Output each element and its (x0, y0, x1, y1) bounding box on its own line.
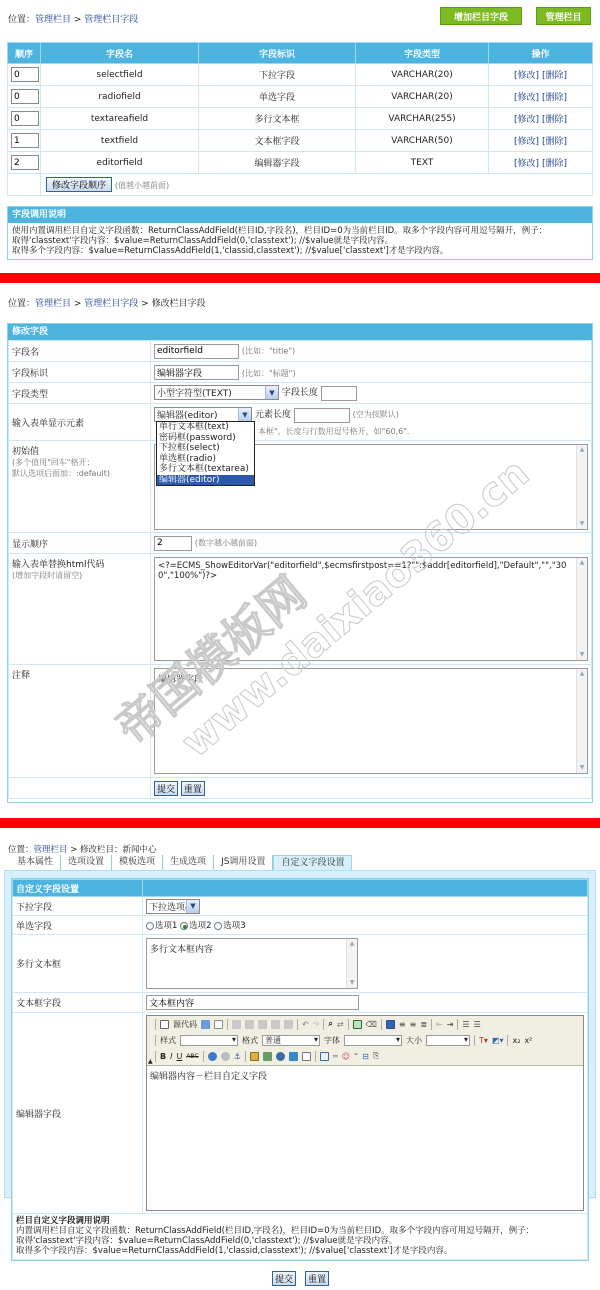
submit-button[interactable]: 提交 (154, 781, 178, 796)
scroll-up-icon[interactable]: ▲ (577, 558, 587, 568)
field-type-label: 字段类型 (9, 383, 151, 404)
horizontal-rule-icon[interactable]: ═ (333, 1052, 338, 1061)
field-name-label: 字段名 (9, 341, 151, 362)
scroll-down-icon[interactable]: ▼ (347, 978, 357, 988)
field-name: radiofield (41, 86, 199, 108)
default-sub2: 默认选项后面加：:default) (12, 468, 147, 479)
scroll-up-icon[interactable]: ▲ (347, 939, 357, 949)
breadcrumb-prefix: 位置： (8, 299, 35, 309)
breadcrumb-link-manage-class[interactable]: 管理栏目 (34, 845, 68, 855)
col-type: 字段类型 (356, 43, 489, 64)
breadcrumb-sep: > (71, 15, 84, 25)
field-label: 编辑器字段 (199, 152, 356, 174)
replace-icon[interactable]: ⇄ (337, 1020, 344, 1029)
radio-option-2[interactable] (180, 922, 188, 930)
collapse-toolbar-icon[interactable]: ▲ (148, 1058, 153, 1065)
dropdown-option[interactable]: 单选框(radio) (157, 454, 254, 465)
edit-link[interactable]: [修改] (514, 159, 539, 169)
radio-option-1[interactable] (146, 922, 154, 930)
outdent-icon[interactable]: ⇤ (436, 1020, 443, 1029)
table-icon[interactable] (320, 1052, 329, 1061)
breadcrumb-current: 修改栏目字段 (152, 299, 206, 309)
delete-link[interactable]: [删除] (542, 71, 567, 81)
style-label: 样式 (160, 1035, 176, 1046)
breadcrumb-current: > 修改栏目：新闻中心 (68, 845, 157, 855)
text-field-label: 文本框字段 (13, 993, 143, 1013)
custom-usage-title: 栏目自定义字段调用说明 (16, 1216, 584, 1226)
cut-icon[interactable] (232, 1020, 241, 1029)
usage-panel: 字段调用说明 使用内置调用栏目自定义字段函数：ReturnClassAddFie… (7, 206, 593, 260)
size-label: 大小 (406, 1035, 422, 1046)
chevron-down-icon: ▼ (186, 900, 199, 913)
find-icon[interactable]: ⌕ (328, 1019, 332, 1029)
underline-icon[interactable]: U (176, 1052, 182, 1061)
element-length-hint: (空为按默认) (353, 410, 399, 419)
scrollbar[interactable]: ▲▼ (576, 558, 587, 660)
bg-color-icon[interactable]: ◩▾ (492, 1036, 504, 1045)
add-field-button[interactable]: 增加栏目字段 (440, 7, 522, 25)
font-select[interactable] (344, 1035, 402, 1046)
col-actions: 操作 (489, 43, 593, 64)
usage-line: 内置调用栏目自定义字段函数：ReturnClassAddField(栏目ID,字… (16, 1226, 584, 1236)
save-icon[interactable] (201, 1020, 210, 1029)
default-label: 初始值 (12, 444, 147, 457)
field-label: 单选字段 (199, 86, 356, 108)
link-icon[interactable] (208, 1052, 217, 1061)
field-type: VARCHAR(20) (356, 86, 489, 108)
scroll-up-icon[interactable]: ▲ (577, 669, 587, 679)
field-label: 下拉字段 (199, 64, 356, 86)
field-type: VARCHAR(255) (356, 108, 489, 130)
element-select[interactable]: 编辑器(editor)▼ (154, 407, 252, 422)
scroll-down-icon[interactable]: ▼ (577, 519, 587, 529)
select-field[interactable]: 下拉选项4▼ (146, 899, 200, 914)
select-field-label: 下拉字段 (13, 897, 143, 916)
page-icon[interactable] (302, 1052, 311, 1061)
element-length-input[interactable] (294, 408, 350, 423)
custom-fields-form: 自定义字段设置 下拉字段 下拉选项4▼ 单选字段 选项1 选项2 选项3 多行文… (11, 878, 589, 1261)
preview-icon[interactable] (214, 1020, 223, 1029)
manage-class-button[interactable]: 管理栏目 (536, 7, 591, 25)
element-dropdown-list[interactable]: 单行文本框(text) 密码框(password) 下拉框(select) 单选… (156, 421, 255, 486)
delete-link[interactable]: [删除] (542, 115, 567, 125)
editor-content[interactable]: 编辑器内容－栏目自定义字段 (147, 1066, 583, 1085)
remove-format-icon[interactable]: ⌫ (366, 1020, 377, 1029)
order-input[interactable] (11, 67, 39, 82)
edit-link[interactable]: [修改] (514, 93, 539, 103)
textarea-field-label: 多行文本框 (13, 935, 143, 993)
tab-basic[interactable]: 基本属性 (10, 855, 61, 870)
file-icon[interactable] (289, 1052, 298, 1061)
edit-link[interactable]: [修改] (514, 137, 539, 147)
usage-line: 使用内置调用栏目自定义字段函数：ReturnClassAddField(栏目ID… (12, 226, 588, 236)
subscript-icon[interactable]: x₂ (512, 1036, 520, 1045)
dropdown-option[interactable]: 下拉框(select) (157, 443, 254, 454)
textarea-field-value: 多行文本框内容 (150, 945, 213, 955)
bottom-actions: 提交 重置 (272, 1271, 329, 1286)
dropdown-option[interactable]: 单行文本框(text) (157, 422, 254, 433)
radio-option-label: 选项3 (223, 921, 245, 931)
reorder-hint: (值越小越前面) (115, 181, 169, 190)
tab-options[interactable]: 选项设置 (61, 855, 112, 870)
superscript-icon[interactable]: x² (524, 1036, 532, 1045)
html-code-textarea[interactable]: <?=ECMS_ShowEditorVar("editorfield",$ecm… (154, 557, 588, 661)
paste-text-icon[interactable] (271, 1020, 280, 1029)
edit-link[interactable]: [修改] (514, 115, 539, 125)
select-all-icon[interactable] (353, 1020, 362, 1029)
paste-icon[interactable] (258, 1020, 267, 1029)
order-input[interactable] (11, 89, 39, 104)
element-select-value: 编辑器(editor) (157, 408, 218, 421)
table-row: textareafield多行文本框VARCHAR(255)[修改] [删除] (8, 108, 593, 130)
submit-button[interactable]: 提交 (272, 1271, 296, 1286)
italic-icon[interactable]: I (170, 1052, 172, 1061)
editor-field-label: 编辑器字段 (13, 1013, 143, 1214)
note-value: 编辑器字段 (158, 675, 203, 685)
copy-icon[interactable] (245, 1020, 254, 1029)
tab-generate[interactable]: 生成选项 (163, 855, 214, 870)
divider (0, 273, 600, 283)
scrollbar[interactable]: ▲▼ (346, 939, 357, 988)
edit-link[interactable]: [修改] (514, 71, 539, 81)
usage-line: 取得多个字段内容：$value=ReturnClassAddField(1,'c… (12, 246, 588, 256)
breadcrumb-prefix: 位置： (8, 15, 35, 25)
breadcrumb-sep: > (71, 299, 84, 309)
form-title: 修改字段 (8, 324, 592, 340)
scrollbar[interactable]: ▲▼ (576, 669, 587, 773)
page-break-icon[interactable]: ⊟ (362, 1052, 369, 1061)
breadcrumb-link-manage-class[interactable]: 管理栏目 (35, 299, 71, 309)
usage-line: 取得'classtext'字段内容：$value=ReturnClassAddF… (12, 236, 588, 246)
breadcrumb: 位置：管理栏目 > 管理栏目字段 (8, 12, 138, 25)
field-length-input[interactable] (321, 386, 357, 401)
scrollbar[interactable]: ▲▼ (576, 445, 587, 529)
element-label: 输入表单显示元素 (9, 404, 151, 441)
tab-custom-fields[interactable]: 自定义字段设置 (273, 855, 352, 870)
rich-text-editor[interactable]: 源代码 ↶ ↷ (146, 1015, 584, 1211)
radio-field-label: 单选字段 (13, 916, 143, 935)
justify-icon[interactable]: ≣ (420, 1020, 427, 1029)
style-select[interactable] (180, 1035, 238, 1046)
textarea-field[interactable]: 多行文本框内容 ▲▼ (146, 938, 358, 989)
scroll-down-icon[interactable]: ▼ (577, 763, 587, 773)
col-order: 顺序 (8, 43, 41, 64)
col-name: 字段名 (41, 43, 199, 64)
format-label: 格式 (242, 1035, 258, 1046)
order-input[interactable] (11, 111, 39, 126)
divider (0, 818, 600, 828)
scroll-up-icon[interactable]: ▲ (577, 445, 587, 455)
field-type: VARCHAR(50) (356, 130, 489, 152)
field-name-input[interactable] (154, 344, 239, 359)
dropdown-option[interactable]: 多行文本框(textarea) (157, 464, 254, 475)
radio-option-label: 选项2 (189, 921, 211, 931)
text-field-input[interactable] (146, 995, 359, 1010)
source-icon[interactable] (160, 1020, 169, 1029)
text-color-icon[interactable]: T▾ (479, 1036, 488, 1045)
table-row: selectfield下拉字段VARCHAR(20)[修改] [删除] (8, 64, 593, 86)
delete-link[interactable]: [删除] (542, 137, 567, 147)
element-length-label: 元素长度 (255, 410, 291, 420)
paste-word-icon[interactable] (284, 1020, 293, 1029)
ordered-list-icon[interactable]: ☰ (462, 1020, 469, 1029)
field-type-select[interactable]: 小型字符型(TEXT)▼ (154, 385, 279, 400)
order-hint: (数字越小越前面) (195, 538, 257, 547)
edit-field-form: 修改字段 字段名 (比如："title") 字段标识 (比如："标题") 字段类… (7, 323, 593, 803)
breadcrumb-2: 位置：管理栏目 > 管理栏目字段 > 修改栏目字段 (8, 296, 206, 309)
field-label: 文本框字段 (199, 130, 356, 152)
image-icon[interactable] (250, 1052, 259, 1061)
quote-icon[interactable]: “ (354, 1052, 358, 1061)
strikethrough-icon[interactable]: ABC (186, 1053, 198, 1060)
html-sub: (增加字段时请留空) (12, 570, 147, 581)
breadcrumb-3: 位置：管理栏目 > 修改栏目：新闻中心 (8, 843, 157, 855)
radio-option-label: 选项1 (155, 921, 177, 931)
chevron-down-icon: ▼ (238, 408, 251, 421)
radio-option-3[interactable] (214, 922, 222, 930)
usage-line: 取得'classtext'字段内容：$value=ReturnClassAddF… (16, 1236, 584, 1246)
field-name: textfield (41, 130, 199, 152)
breadcrumb-link-manage-fields[interactable]: 管理栏目字段 (84, 15, 138, 25)
media-icon[interactable] (276, 1052, 285, 1061)
dropdown-option-selected[interactable]: 编辑器(editor) (157, 475, 254, 486)
field-length-label: 字段长度 (282, 388, 318, 398)
note-textarea[interactable]: 编辑器字段 ▲▼ (154, 668, 588, 774)
html-label: 输入表单替换html代码 (12, 557, 147, 570)
field-list-table: 顺序 字段名 字段标识 字段类型 操作 selectfield下拉字段VARCH… (7, 42, 593, 196)
reorder-button[interactable]: 修改字段顺序 (46, 177, 112, 192)
font-label: 字体 (324, 1035, 340, 1046)
field-label-input[interactable] (154, 365, 239, 380)
reset-button[interactable]: 重置 (305, 1271, 329, 1286)
field-label-hint: (比如："标题") (242, 369, 296, 378)
field-name: textareafield (41, 108, 199, 130)
editor-toolbar: 源代码 ↶ ↷ (147, 1016, 583, 1066)
tab-bar: 基本属性 选项设置 模板选项 生成选项 JS调用设置 自定义字段设置 (10, 855, 352, 870)
field-type: TEXT (356, 152, 489, 174)
unlink-icon[interactable] (221, 1052, 230, 1061)
insert-code-icon[interactable]: ⎘ (373, 1051, 379, 1061)
order-input[interactable] (11, 133, 39, 148)
order-input[interactable] (154, 536, 192, 551)
field-label-label: 字段标识 (9, 362, 151, 383)
table-row: textfield文本框字段VARCHAR(50)[修改] [删除] (8, 130, 593, 152)
html-code-value: <?=ECMS_ShowEditorVar("editorfield",$ecm… (158, 561, 566, 581)
custom-fields-title: 自定义字段设置 (13, 880, 143, 897)
order-label: 显示顺序 (9, 533, 151, 554)
indent-icon[interactable]: ⇥ (447, 1020, 454, 1029)
field-label: 多行文本框 (199, 108, 356, 130)
align-right-icon[interactable]: ≡ (410, 1020, 417, 1029)
default-sub1: (多个值用"回车"格开； (12, 457, 147, 468)
note-label: 注释 (9, 665, 151, 778)
source-button[interactable]: 源代码 (173, 1019, 197, 1030)
scroll-down-icon[interactable]: ▼ (577, 650, 587, 660)
dropdown-option[interactable]: 密码框(password) (157, 433, 254, 444)
bold-icon[interactable]: B (160, 1052, 166, 1061)
redo-icon[interactable]: ↷ (313, 1020, 320, 1029)
breadcrumb-link-manage-fields[interactable]: 管理栏目字段 (84, 299, 138, 309)
flash-icon[interactable] (263, 1052, 272, 1061)
format-value: 普通 (265, 1036, 281, 1045)
usage-line: 取得多个字段内容：$value=ReturnClassAddField(1,'c… (16, 1246, 584, 1256)
chevron-down-icon: ▼ (265, 386, 278, 399)
size-select[interactable] (426, 1035, 470, 1046)
breadcrumb-prefix: 位置： (8, 845, 34, 855)
field-type-value: 小型字符型(TEXT) (157, 386, 232, 399)
order-input[interactable] (11, 155, 39, 170)
field-type: VARCHAR(20) (356, 64, 489, 86)
unordered-list-icon[interactable]: ☰ (474, 1020, 481, 1029)
delete-link[interactable]: [删除] (542, 159, 567, 169)
table-row: editorfield编辑器字段TEXT[修改] [删除] (8, 152, 593, 174)
tab-js[interactable]: JS调用设置 (214, 855, 273, 870)
tab-template[interactable]: 模板选项 (112, 855, 163, 870)
format-select[interactable]: 普通 (262, 1035, 320, 1046)
select-field-value: 下拉选项4 (149, 900, 191, 913)
anchor-icon[interactable]: ⚓ (234, 1052, 241, 1061)
usage-title: 字段调用说明 (8, 207, 592, 223)
reset-button[interactable]: 重置 (181, 781, 205, 796)
undo-icon[interactable]: ↶ (302, 1020, 309, 1029)
field-name: editorfield (41, 152, 199, 174)
smiley-icon[interactable]: ☺ (342, 1052, 350, 1061)
field-name: selectfield (41, 64, 199, 86)
breadcrumb-sep: > (138, 299, 151, 309)
table-row: radiofield单选字段VARCHAR(20)[修改] [删除] (8, 86, 593, 108)
delete-link[interactable]: [删除] (542, 93, 567, 103)
field-name-hint: (比如："title") (242, 346, 295, 355)
align-left-icon[interactable] (386, 1020, 395, 1029)
breadcrumb-link-manage-class[interactable]: 管理栏目 (35, 15, 71, 25)
align-center-icon[interactable]: ≡ (399, 1020, 406, 1029)
col-label: 字段标识 (199, 43, 356, 64)
